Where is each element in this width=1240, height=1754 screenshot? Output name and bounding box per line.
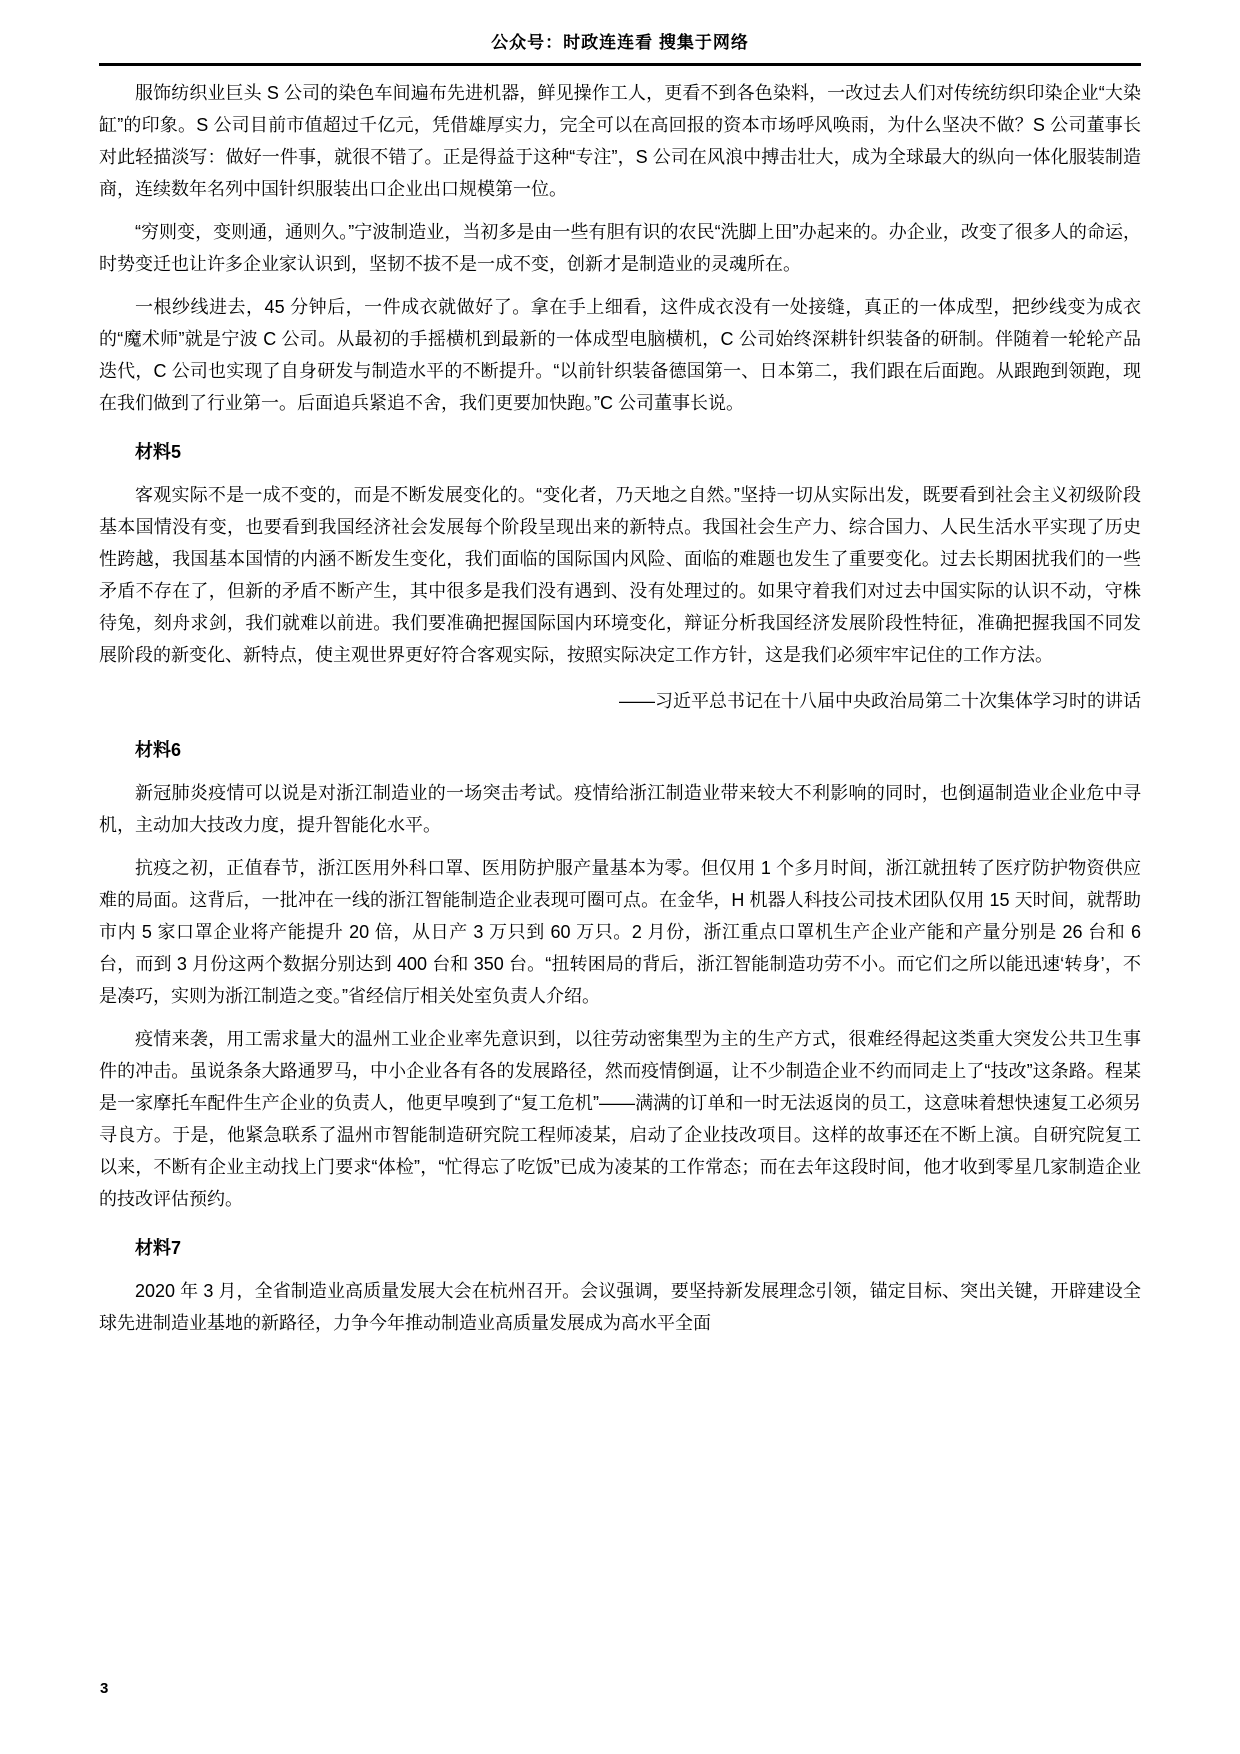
attribution-line: ——习近平总书记在十八届中央政治局第二十次集体学习时的讲话 (99, 685, 1141, 717)
document-page: 公众号：时政连连看 搜集于网络 服饰纺织业巨头 S 公司的染色车间遍布先进机器，… (0, 0, 1240, 1754)
heading-material-7: 材料7 (99, 1232, 1141, 1264)
paragraph: 疫情来袭，用工需求量大的温州工业企业率先意识到，以往劳动密集型为主的生产方式，很… (99, 1023, 1141, 1215)
document-body: 服饰纺织业巨头 S 公司的染色车间遍布先进机器，鲜见操作工人，更看不到各色染料，… (99, 77, 1141, 1339)
heading-material-6: 材料6 (99, 734, 1141, 766)
paragraph: 新冠肺炎疫情可以说是对浙江制造业的一场突击考试。疫情给浙江制造业带来较大不利影响… (99, 777, 1141, 841)
paragraph: 抗疫之初，正值春节，浙江医用外科口罩、医用防护服产量基本为零。但仅用 1 个多月… (99, 852, 1141, 1012)
page-number: 3 (100, 1680, 108, 1697)
paragraph: 2020 年 3 月，全省制造业高质量发展大会在杭州召开。会议强调，要坚持新发展… (99, 1275, 1141, 1339)
paragraph: 服饰纺织业巨头 S 公司的染色车间遍布先进机器，鲜见操作工人，更看不到各色染料，… (99, 77, 1141, 205)
paragraph: “穷则变，变则通，通则久。”宁波制造业，当初多是由一些有胆有识的农民“洗脚上田”… (99, 216, 1141, 280)
paragraph: 一根纱线进去，45 分钟后，一件成衣就做好了。拿在手上细看，这件成衣没有一处接缝… (99, 291, 1141, 419)
heading-material-5: 材料5 (99, 436, 1141, 468)
page-header: 公众号：时政连连看 搜集于网络 (99, 28, 1141, 66)
header-title: 公众号：时政连连看 搜集于网络 (491, 33, 749, 52)
paragraph: 客观实际不是一成不变的，而是不断发展变化的。“变化者，乃天地之自然。”坚持一切从… (99, 479, 1141, 671)
